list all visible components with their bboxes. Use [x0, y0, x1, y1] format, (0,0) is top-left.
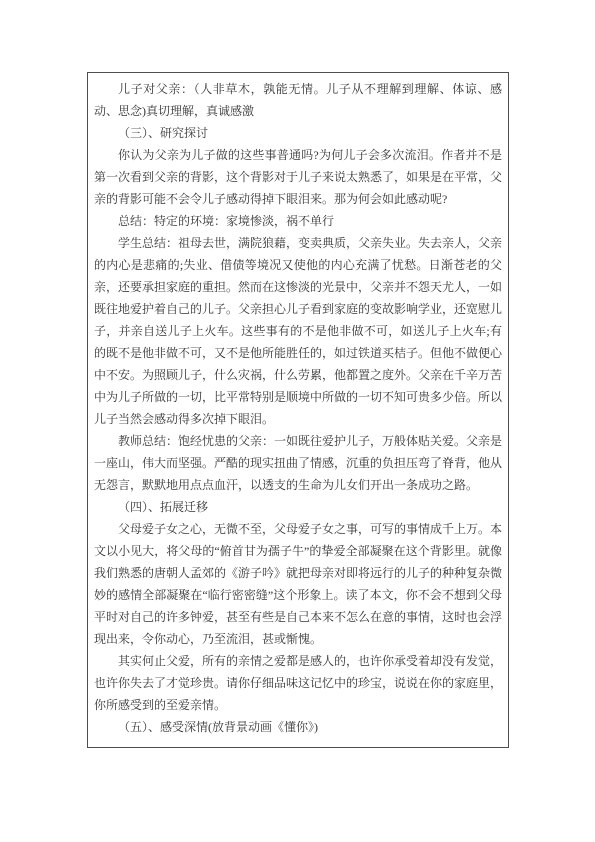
paragraph: 总结：特定的环境：家境惨淡，祸不单行	[94, 210, 502, 232]
paragraph: 儿子对父亲：（人非草木，孰能无情。儿子从不理解到理解、体谅、感动、思念)真切理解…	[94, 78, 502, 122]
document-page: 儿子对父亲：（人非草木，孰能无情。儿子从不理解到理解、体谅、感动、思念)真切理解…	[0, 0, 595, 842]
paragraph: 父母爱子女之心，无微不至，父母爱子女之事，可写的事情成千上万。本文以小见大，将父…	[94, 518, 502, 650]
paragraph: （四）、拓展迁移	[94, 496, 502, 518]
paragraph: （五）、感受深情(放背景动画《懂你》)	[94, 716, 502, 738]
paragraph: 你认为父亲为儿子做的这些事普通吗?为何儿子会多次流泪。作者并不是第一次看到父亲的…	[94, 144, 502, 210]
paragraph: 学生总结：祖母去世，满院狼藉，变卖典质，父亲失业。失去亲人，父亲的内心是悲痛的;…	[94, 232, 502, 430]
paragraph-container: 儿子对父亲：（人非草木，孰能无情。儿子从不理解到理解、体谅、感动、思念)真切理解…	[94, 78, 502, 738]
paragraph: （三）、研究探讨	[94, 122, 502, 144]
paragraph: 其实何止父爱，所有的亲情之爱都是感人的，也许你承受着却没有发觉，也许你失去了才觉…	[94, 650, 502, 716]
lesson-plan-table-cell: 儿子对父亲：（人非草木，孰能无情。儿子从不理解到理解、体谅、感动、思念)真切理解…	[87, 72, 509, 748]
paragraph: 教师总结：饱经忧患的父亲：一如既往爱护儿子，万般体贴关爱。父亲是一座山，伟大而坚…	[94, 430, 502, 496]
